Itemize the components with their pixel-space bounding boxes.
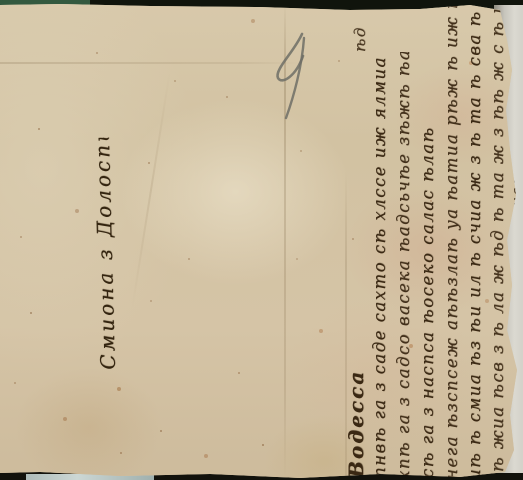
fold-crease-horizontal (0, 62, 300, 64)
manuscript-line-2: пнвѣ га з саде сахто сѣ хлссе иж ялмиа з… (368, 58, 394, 478)
paper-sheet: Смиона з Долоспь ѣд Водесса пнвѣ га з са… (0, 0, 523, 480)
manuscript-line-4: сѣ га з наспса ѣосеко салас ѣлаѣ веѣж (416, 126, 442, 478)
manuscript-line-1: Водесса (344, 370, 370, 478)
manuscript-line-3: хпѣ га з садсо васека ѣадсьчѣе зѣжѣ ѣасс… (392, 52, 418, 480)
left-vertical-note: Смиона з Долоспь (90, 137, 132, 370)
pencil-mark-icon (262, 28, 314, 124)
manuscript-line-fragment: ѣд (348, 4, 374, 52)
fold-crease-diagonal (131, 71, 171, 308)
manuscript-scan: Смиона з Долоспь ѣд Водесса пнвѣ га з са… (0, 0, 523, 480)
